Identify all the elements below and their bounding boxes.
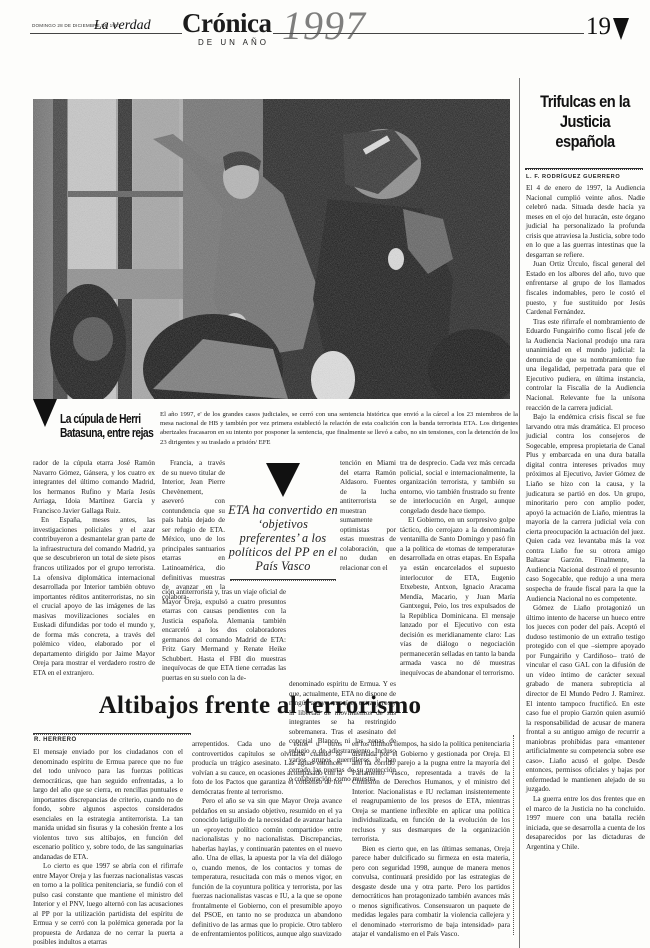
sidebar-body: El 4 de enero de 1997, la Audiencia Naci… <box>526 184 645 852</box>
section-subtitle: DE UN AÑO <box>198 38 269 47</box>
lower-column-2: arrepentidos. Cada uno de estos u otros … <box>192 740 342 940</box>
lower-article-byline: R. HERRERO <box>34 737 77 743</box>
pull-quote-text: ETA ha convertido en ‘objetivos preferen… <box>228 503 338 573</box>
section-title: Crónica <box>182 10 273 37</box>
page-number: 19 <box>584 14 613 39</box>
paragraph: El mensaje enviado por los ciudadanos co… <box>33 748 183 862</box>
paragraph: rador de la cúpula etarra José Ramón Nav… <box>33 459 155 516</box>
photo-caption-text: El año 1997, e' de los grandes casos jud… <box>160 410 518 447</box>
paragraph: Juan Ortiz Úrculo, fiscal general del Es… <box>526 260 645 317</box>
paragraph: Bajo la endémica crisis fiscal se fue la… <box>526 413 645 604</box>
byline-rule <box>525 168 643 170</box>
paragraph: El Gobierno, en un sorpresivo golpe táct… <box>400 516 515 678</box>
section-year: 1997 <box>282 6 366 46</box>
paragraph: En España, meses antes, las investigacio… <box>33 516 155 678</box>
paragraph: tra de desprecio. Cada vez más cercada p… <box>400 459 515 516</box>
paragraph: Lo cierto es que 1997 se abría con el ri… <box>33 862 183 948</box>
pull-quote: ETA ha convertido en ‘objetivos preferen… <box>228 463 338 583</box>
triangle-marker-icon <box>613 18 629 40</box>
paragraph: ción antiterrorista y, tras un viaje ofi… <box>162 588 286 683</box>
paragraph: Tras este rifirrafe el nombramiento de E… <box>526 318 645 413</box>
photo-caption-headline: La cúpula de Herri Batasuna, entre rejas <box>60 412 157 440</box>
sidebar-byline: L. F. RODRÍGUEZ GUERRERO <box>526 174 620 180</box>
lower-article-headline: Altibajos frente al terrorismo <box>0 692 520 720</box>
paragraph: arrepentidos. Cada uno de estos u otros … <box>192 740 342 797</box>
article-column-2: Francia, a través de su nuevo titular de… <box>162 459 225 602</box>
pull-quote-rule <box>230 579 336 581</box>
column-divider <box>519 78 520 948</box>
byline-rule <box>33 733 191 735</box>
newspaper-name: La verdad <box>94 18 151 34</box>
article-column-4: tra de desprecio. Cada vez más cercada p… <box>400 459 515 679</box>
paragraph: Bien es cierto que, en las últimas seman… <box>352 845 510 940</box>
lead-photo <box>33 99 510 399</box>
lower-column-3: en los últimos tiempos, ha sido la polít… <box>352 740 510 940</box>
article-column-3: tención en Miami del etarra Ramón Aldaso… <box>340 459 396 574</box>
paragraph: Pero el año se va sin que Mayor Oreja av… <box>192 797 342 940</box>
paragraph: La guerra entre los dos frentes que en e… <box>526 795 645 852</box>
article-column-1: rador de la cúpula etarra José Ramón Nav… <box>33 459 155 679</box>
paragraph: tención en Miami del etarra Ramón Aldaso… <box>340 459 396 574</box>
paragraph: Gómez de Liaño protagonizó un último int… <box>526 604 645 795</box>
masthead: domingo 28 de diciembre de 1997 La verda… <box>0 0 650 56</box>
paragraph: El 4 de enero de 1997, la Audiencia Naci… <box>526 184 645 260</box>
caption-triangle-icon <box>33 399 57 427</box>
paragraph: en los últimos tiempos, ha sido la polít… <box>352 740 510 845</box>
pull-quote-triangle-icon <box>266 463 300 497</box>
photo-illustration <box>33 99 510 399</box>
article-column-2-continued: ción antiterrorista y, tras un viaje ofi… <box>162 588 286 683</box>
dotted-divider <box>513 735 514 935</box>
sidebar-headline: Trifulcas en la Justicia española <box>535 92 635 152</box>
paragraph: Francia, a través de su nuevo titular de… <box>162 459 225 602</box>
lower-column-1: El mensaje enviado por los ciudadanos co… <box>33 748 183 948</box>
